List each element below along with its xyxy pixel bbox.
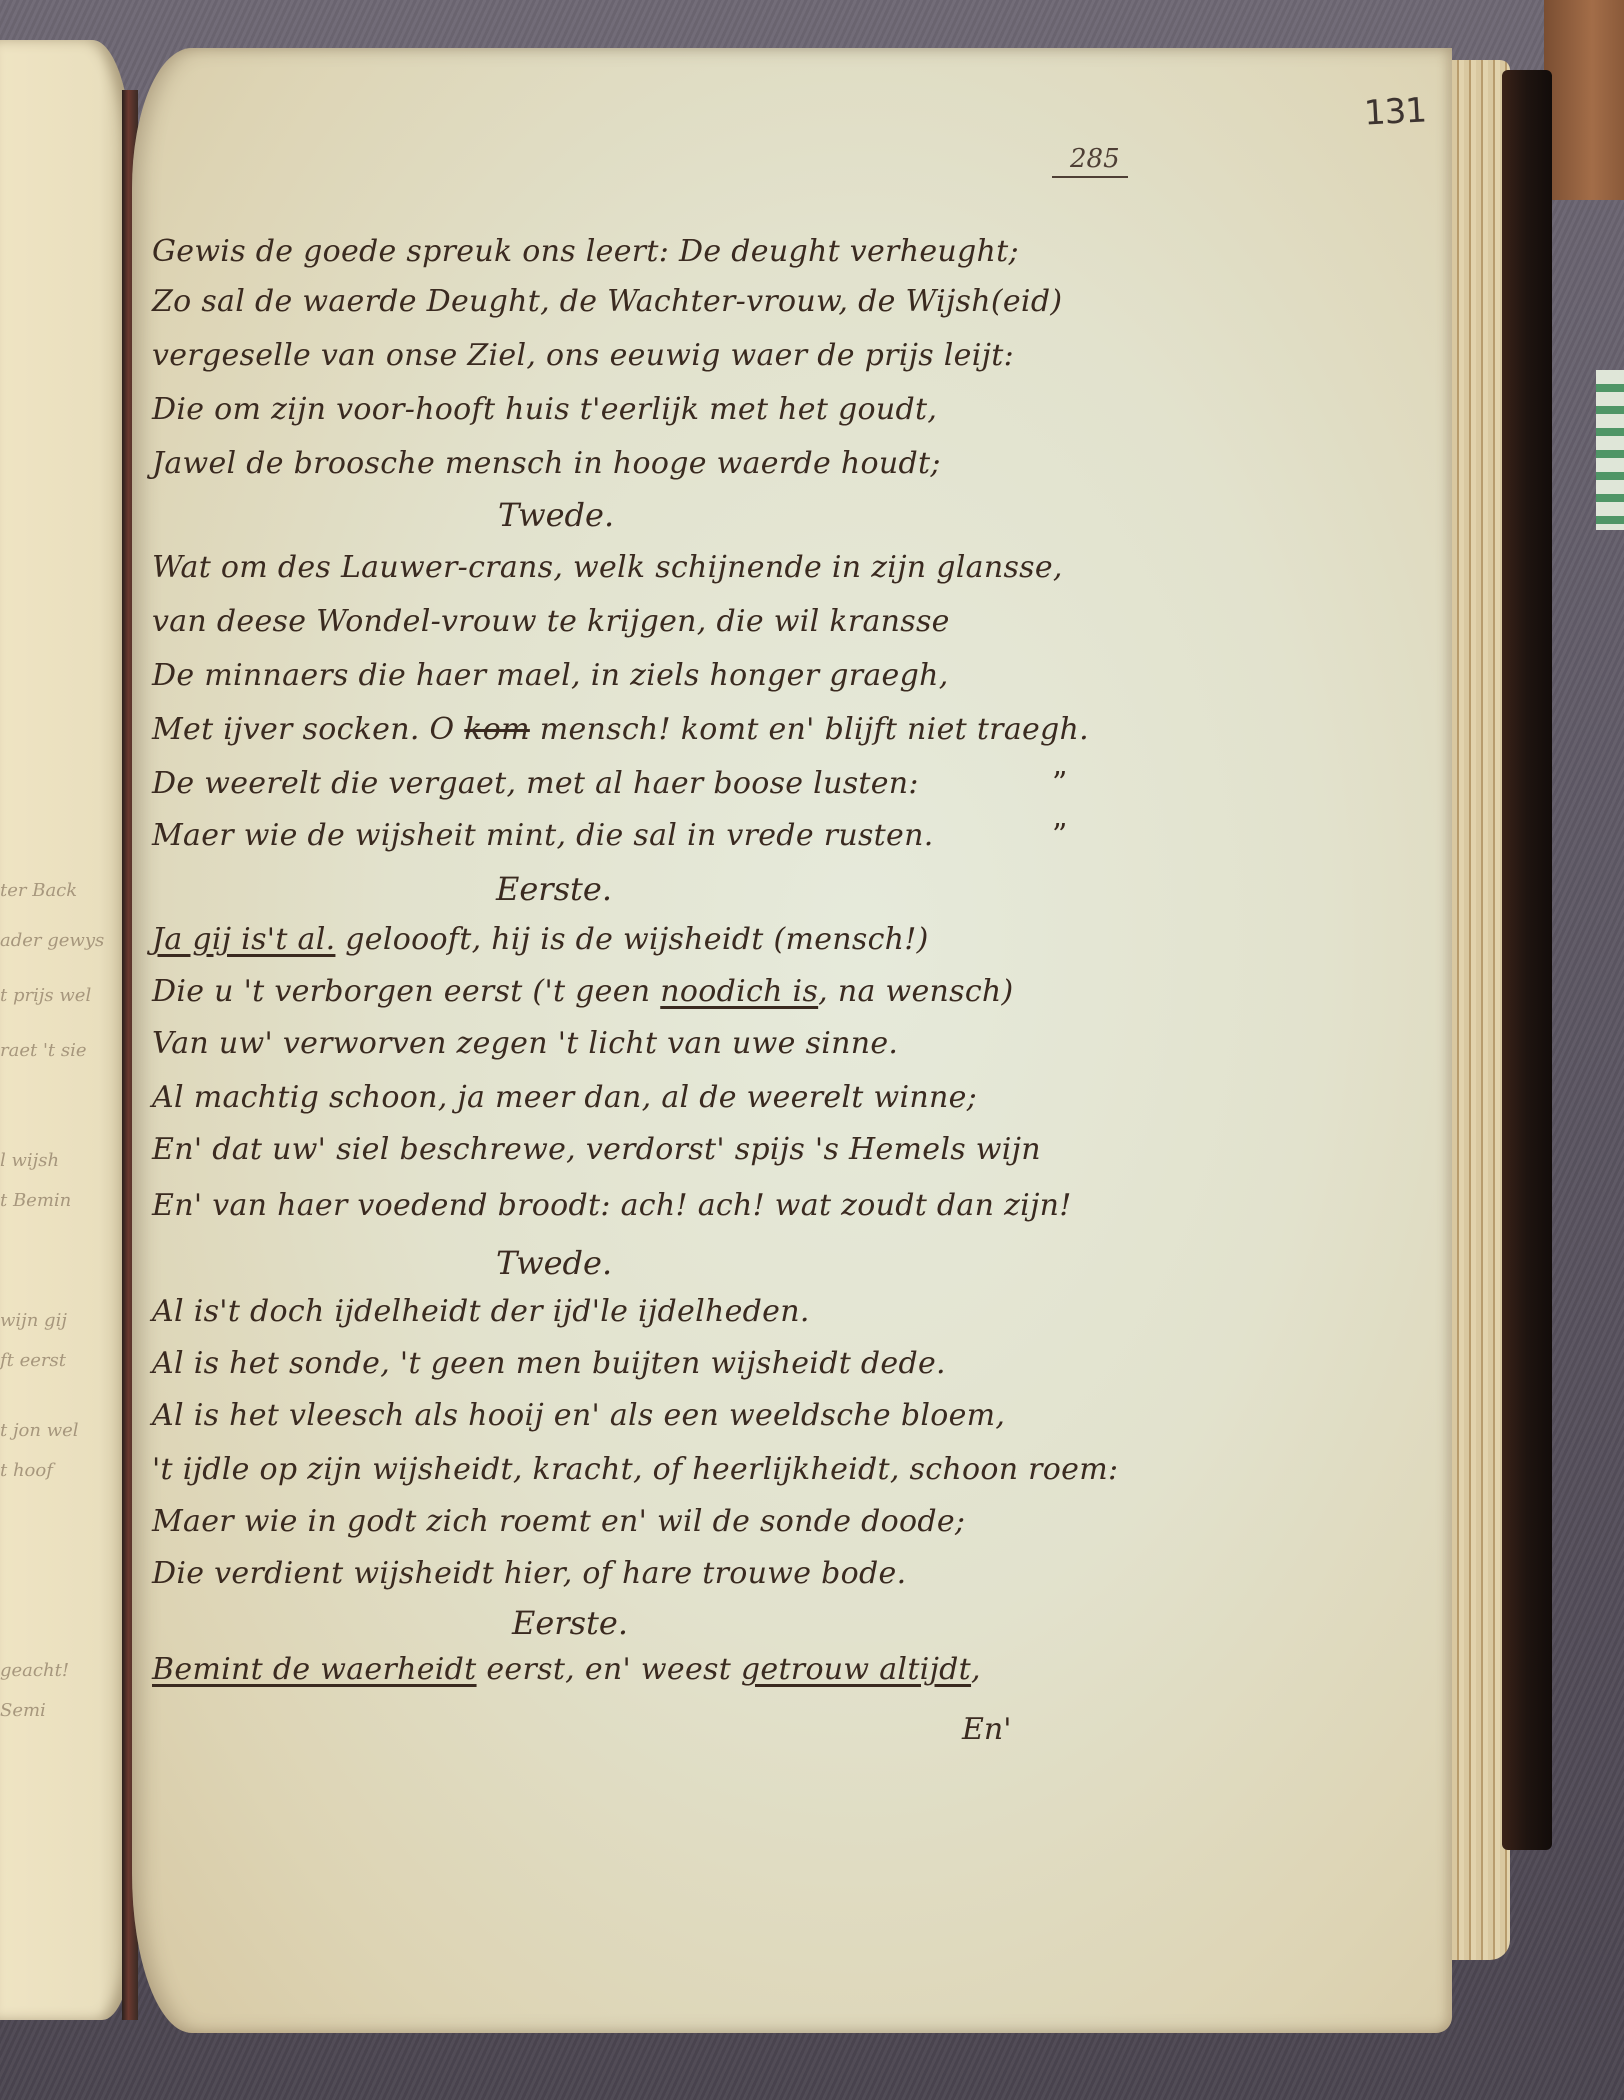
verse-line: Die u 't verborgen eerst ('t geen noodic… [152, 974, 1014, 1009]
verse-line: Jawel de broosche mensch in hooge waerde… [152, 446, 941, 481]
left-margin-fragment: ader gewys [0, 930, 126, 951]
left-margin-fragment: ter Back [0, 880, 126, 901]
left-margin-fragment: l wijsh [0, 1150, 126, 1171]
verse-line: Gewis de goede spreuk ons leert: De deug… [152, 234, 1019, 269]
quote-mark: ” [1052, 766, 1067, 801]
underlined-text: getrouw altijdt [741, 1652, 971, 1687]
underlined-text: Ja gij is't al. [152, 922, 335, 957]
left-margin-fragment: wijn gij [0, 1310, 126, 1331]
section-heading: Eerste. [512, 1604, 628, 1642]
left-margin-fragment: t prijs wel [0, 985, 126, 1006]
verse-line: De minnaers die haer mael, in ziels hong… [152, 658, 949, 693]
verse-text: , [971, 1652, 981, 1687]
verse-line: En' dat uw' siel beschrewe, verdorst' sp… [152, 1132, 1041, 1167]
library-label-sticker [1596, 370, 1624, 530]
left-margin-fragment: raet 't sie [0, 1040, 126, 1061]
verse-text: Die u 't verborgen eerst ('t geen [152, 974, 660, 1009]
left-page: ter Back ader gewys t prijs wel raet 't … [0, 40, 132, 2020]
catchword: En' [962, 1712, 1011, 1747]
verse-text: eerst, en' weest [477, 1652, 741, 1687]
book-spine [1502, 70, 1552, 1850]
verse-text: , na wensch) [818, 974, 1013, 1009]
left-margin-fragment: geacht! [0, 1660, 126, 1681]
left-margin-fragment: Semi [0, 1700, 126, 1721]
left-margin-fragment: t hoof [0, 1460, 126, 1481]
verse-line: Al is't doch ijdelheidt der ijd'le ijdel… [152, 1294, 810, 1329]
verse-line: Wat om des Lauwer-crans, welk schijnende… [152, 550, 1063, 585]
verse-text: geloooft, hij is de wijsheidt (mensch!) [335, 922, 928, 957]
verse-line: Die om zijn voor-hooft huis t'eerlijk me… [152, 392, 937, 427]
left-margin-fragment: t jon wel [0, 1420, 126, 1441]
verse-line: Ja gij is't al. geloooft, hij is de wijs… [152, 922, 929, 957]
underlined-text: noodich is [660, 974, 818, 1009]
verse-line: Van uw' verworven zegen 't licht van uwe… [152, 1026, 898, 1061]
verse-line: En' van haer voedend broodt: ach! ach! w… [152, 1188, 1072, 1223]
verse-line: Bemint de waerheidt eerst, en' weest get… [152, 1652, 981, 1687]
verse-line: Al is het sonde, 't geen men buijten wij… [152, 1346, 946, 1381]
verse-text: Met ijver socken. O [152, 712, 464, 747]
right-page: 131 285 Gewis de goede spreuk ons leert:… [132, 48, 1452, 2033]
struck-word: kom [464, 712, 530, 747]
verse-line: Zo sal de waerde Deught, de Wachter-vrou… [152, 284, 1062, 319]
quote-mark: ” [1052, 818, 1067, 853]
verse-line: van deese Wondel-vrouw te krijgen, die w… [152, 604, 950, 639]
verse-line: Met ijver socken. O kom mensch! komt en'… [152, 712, 1089, 747]
verse-line: Maer wie in godt zich roemt en' wil de s… [152, 1504, 965, 1539]
verse-line: Maer wie de wijsheit mint, die sal in vr… [152, 818, 934, 853]
folio-number: 131 [1363, 90, 1427, 133]
page-number: 285 [1052, 144, 1128, 178]
left-margin-fragment: ft eerst [0, 1350, 126, 1371]
verse-line: 't ijdle op zijn wijsheidt, kracht, of h… [152, 1452, 1118, 1487]
verse-line: Al is het vleesch als hooij en' als een … [152, 1398, 1005, 1433]
verse-line: Die verdient wijsheidt hier, of hare tro… [152, 1556, 906, 1591]
verse-line: Al machtig schoon, ja meer dan, al de we… [152, 1080, 977, 1115]
verse-line: vergeselle van onse Ziel, ons eeuwig wae… [152, 338, 1014, 373]
book-edge [1440, 60, 1560, 1960]
section-heading: Twede. [496, 1244, 612, 1282]
verse-text: mensch! komt en' blijft niet traegh. [530, 712, 1089, 747]
section-heading: Twede. [498, 496, 614, 534]
left-margin-fragment: t Bemin [0, 1190, 126, 1211]
verse-line: De weerelt die vergaet, met al haer boos… [152, 766, 919, 801]
section-heading: Eerste. [496, 870, 612, 908]
underlined-text: Bemint de waerheidt [152, 1652, 477, 1687]
